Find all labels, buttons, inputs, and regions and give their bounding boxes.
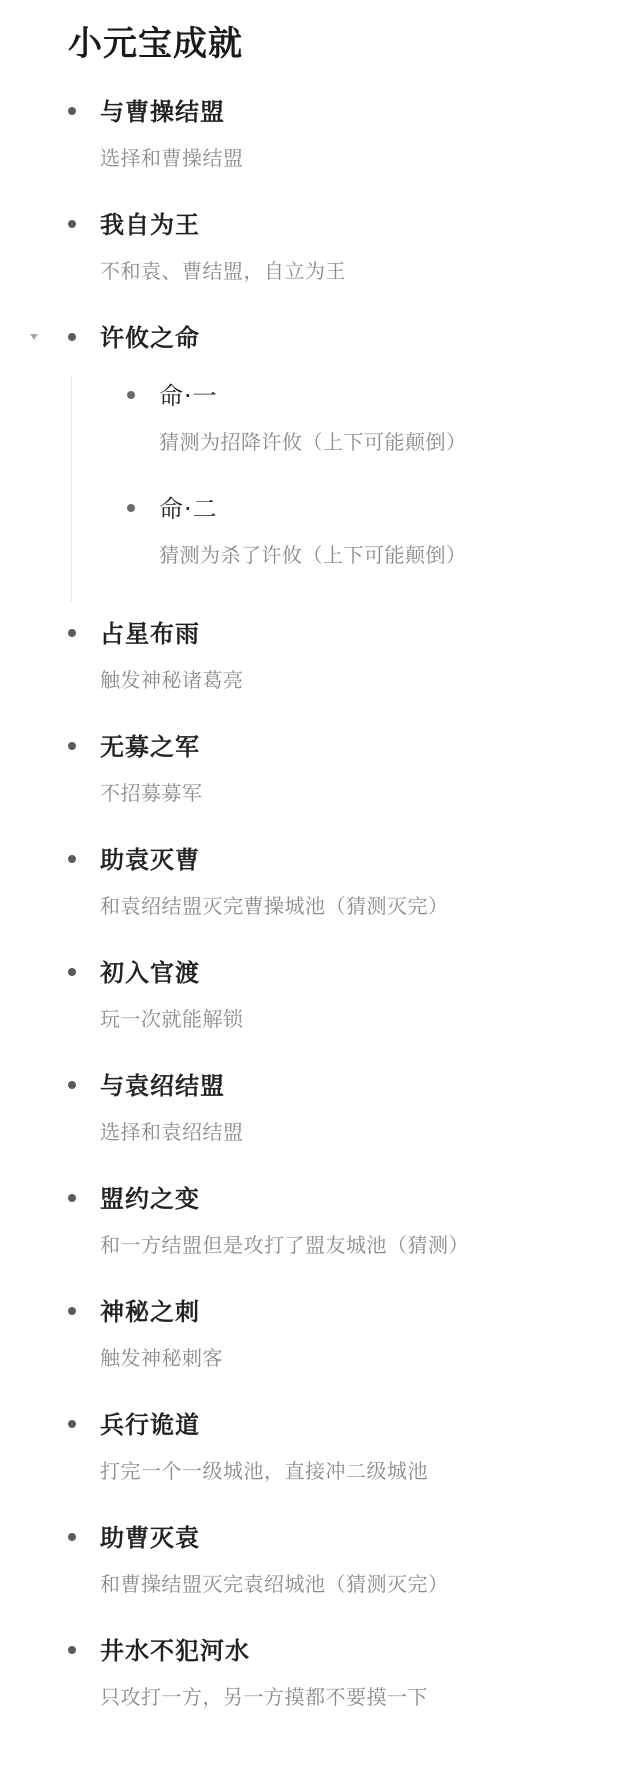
list-item[interactable]: 盟约之变 和一方结盟但是攻打了盟友城池（猜测）: [0, 1179, 640, 1292]
document-page: 小元宝成就 与曹操结盟 选择和曹操结盟 我自为王 不和袁、曹结盟，自立为王 许攸…: [0, 0, 640, 1775]
page-title: 小元宝成就: [68, 22, 243, 66]
item-title: 无募之军: [100, 727, 640, 767]
list-item-parent[interactable]: 许攸之命 命·一 猜测为招降许攸（上下可能颠倒） 命·二 猜测为杀了许攸（上下可…: [0, 318, 640, 614]
item-title: 命·二: [159, 489, 640, 529]
item-title: 助曹灭袁: [100, 1518, 640, 1558]
list-item[interactable]: 与袁绍结盟 选择和袁绍结盟: [0, 1066, 640, 1179]
item-title: 助袁灭曹: [100, 840, 640, 880]
nested-list: 命·一 猜测为招降许攸（上下可能颠倒） 命·二 猜测为杀了许攸（上下可能颠倒）: [71, 376, 640, 602]
bullet-icon: [68, 107, 76, 115]
bullet-icon: [68, 220, 76, 228]
list-item[interactable]: 我自为王 不和袁、曹结盟，自立为王: [0, 205, 640, 318]
item-desc: 玩一次就能解锁: [100, 1003, 640, 1035]
item-desc: 和一方结盟但是攻打了盟友城池（猜测）: [100, 1229, 640, 1261]
item-title: 命·一: [159, 376, 640, 416]
collapse-triangle-icon[interactable]: [30, 334, 38, 340]
list-item[interactable]: 无募之军 不招募募军: [0, 727, 640, 840]
item-desc: 不招募募军: [100, 777, 640, 809]
item-title: 与曹操结盟: [100, 92, 640, 132]
item-title: 与袁绍结盟: [100, 1066, 640, 1106]
item-desc: 猜测为招降许攸（上下可能颠倒）: [159, 426, 640, 458]
item-title: 初入官渡: [100, 953, 640, 993]
bullet-icon: [127, 504, 135, 512]
item-title: 许攸之命: [100, 318, 640, 358]
item-desc: 打完一个一级城池，直接冲二级城池: [100, 1455, 640, 1487]
list-item[interactable]: 助曹灭袁 和曹操结盟灭完袁绍城池（猜测灭完）: [0, 1518, 640, 1631]
item-desc: 选择和曹操结盟: [100, 142, 640, 174]
bullet-icon: [68, 629, 76, 637]
item-title: 占星布雨: [100, 614, 640, 654]
bullet-icon: [68, 1307, 76, 1315]
list-item[interactable]: 助袁灭曹 和袁绍结盟灭完曹操城池（猜测灭完）: [0, 840, 640, 953]
nested-list-item[interactable]: 命·一 猜测为招降许攸（上下可能颠倒）: [72, 376, 640, 489]
item-desc: 只攻打一方，另一方摸都不要摸一下: [100, 1681, 640, 1713]
bullet-icon: [68, 968, 76, 976]
bullet-icon: [68, 1420, 76, 1428]
item-desc: 触发神秘诸葛亮: [100, 664, 640, 696]
item-desc: 和袁绍结盟灭完曹操城池（猜测灭完）: [100, 890, 640, 922]
bullet-icon: [127, 391, 135, 399]
list-item[interactable]: 初入官渡 玩一次就能解锁: [0, 953, 640, 1066]
bullet-icon: [68, 1081, 76, 1089]
item-title: 兵行诡道: [100, 1405, 640, 1445]
nested-list-item[interactable]: 命·二 猜测为杀了许攸（上下可能颠倒）: [72, 489, 640, 602]
bullet-icon: [68, 742, 76, 750]
list-item[interactable]: 兵行诡道 打完一个一级城池，直接冲二级城池: [0, 1405, 640, 1518]
item-desc: 不和袁、曹结盟，自立为王: [100, 255, 640, 287]
achievement-list: 与曹操结盟 选择和曹操结盟 我自为王 不和袁、曹结盟，自立为王 许攸之命 命·一…: [0, 92, 640, 1744]
item-desc: 和曹操结盟灭完袁绍城池（猜测灭完）: [100, 1568, 640, 1600]
bullet-icon: [68, 855, 76, 863]
item-desc: 猜测为杀了许攸（上下可能颠倒）: [159, 539, 640, 571]
item-desc: 触发神秘刺客: [100, 1342, 640, 1374]
list-item[interactable]: 井水不犯河水 只攻打一方，另一方摸都不要摸一下: [0, 1631, 640, 1744]
list-item[interactable]: 神秘之刺 触发神秘刺客: [0, 1292, 640, 1405]
list-item[interactable]: 与曹操结盟 选择和曹操结盟: [0, 92, 640, 205]
item-title: 神秘之刺: [100, 1292, 640, 1332]
bullet-icon: [68, 1533, 76, 1541]
item-desc: 选择和袁绍结盟: [100, 1116, 640, 1148]
bullet-icon: [68, 333, 76, 341]
bullet-icon: [68, 1194, 76, 1202]
item-title: 井水不犯河水: [100, 1631, 640, 1671]
list-item[interactable]: 占星布雨 触发神秘诸葛亮: [0, 614, 640, 727]
item-title: 盟约之变: [100, 1179, 640, 1219]
bullet-icon: [68, 1646, 76, 1654]
item-title: 我自为王: [100, 205, 640, 245]
